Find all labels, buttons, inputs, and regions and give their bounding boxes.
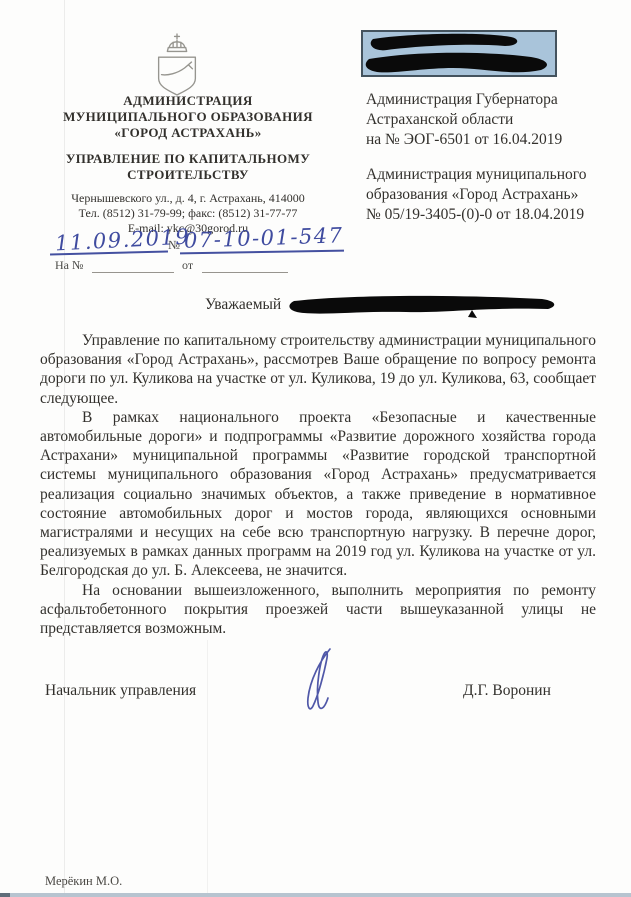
redacted-stamp-box: [361, 30, 557, 77]
letterhead-right: Администрация Губернатора Астраханской о…: [366, 90, 616, 225]
handwritten-outgoing-number: 07-10-01-547: [184, 223, 344, 253]
scan-bottom-edge: [0, 893, 631, 897]
salutation: Уважаемый: [205, 296, 281, 314]
executor-name: Мерёкин М.О.: [45, 874, 122, 889]
black-marker-redaction: [363, 32, 555, 75]
scan-fold-line: [207, 640, 208, 897]
paragraph-2: В рамках национального проекта «Безопасн…: [40, 408, 596, 581]
handwritten-signature: [300, 646, 344, 718]
scanned-letter-page: АДМИНИСТРАЦИЯ МУНИЦИПАЛЬНОГО ОБРАЗОВАНИЯ…: [0, 0, 631, 897]
postal-address: Чернышевского ул., д. 4, г. Астрахань, 4…: [40, 191, 336, 206]
letter-body: Управление по капитальному строительству…: [40, 331, 596, 638]
phone-fax: Тел. (8512) 31-79-99; факс: (8512) 31-77…: [40, 206, 336, 221]
signer-position: Начальник управления: [45, 682, 196, 700]
blank-underline: [92, 272, 174, 273]
reference-number-label: На №: [55, 258, 83, 273]
org-name-line-1: АДМИНИСТРАЦИЯ: [40, 93, 336, 109]
recipient2-line-1: Администрация муниципального: [366, 165, 616, 185]
paragraph-3: На основании вышеизложенного, выполнить …: [40, 581, 596, 639]
department-line-2: СТРОИТЕЛЬСТВУ: [40, 167, 336, 183]
astrakhan-coat-of-arms-icon: [148, 30, 206, 98]
recipient2-line-3: № 05/19-3405-(0)-0 от 18.04.2019: [366, 205, 616, 225]
paragraph-1: Управление по капитальному строительству…: [40, 331, 596, 408]
recipient1-line-3: на № ЭОГ-6501 от 16.04.2019: [366, 130, 616, 150]
recipient2-line-2: образования «Город Астрахань»: [366, 185, 616, 205]
blank-underline: [202, 272, 288, 273]
recipient1-line-2: Астраханской области: [366, 110, 616, 130]
number-sign: №: [168, 238, 180, 253]
black-marker-redaction: [286, 292, 560, 320]
reference-date-label: от: [182, 258, 193, 273]
department-line-1: УПРАВЛЕНИЕ ПО КАПИТАЛЬНОМУ: [40, 151, 336, 167]
signer-name: Д.Г. Воронин: [463, 682, 551, 700]
org-name-line-2: МУНИЦИПАЛЬНОГО ОБРАЗОВАНИЯ: [40, 109, 336, 125]
recipient1-line-1: Администрация Губернатора: [366, 90, 616, 110]
org-name-line-3: «ГОРОД АСТРАХАНЬ»: [40, 125, 336, 141]
letterhead-left: АДМИНИСТРАЦИЯ МУНИЦИПАЛЬНОГО ОБРАЗОВАНИЯ…: [40, 93, 336, 235]
